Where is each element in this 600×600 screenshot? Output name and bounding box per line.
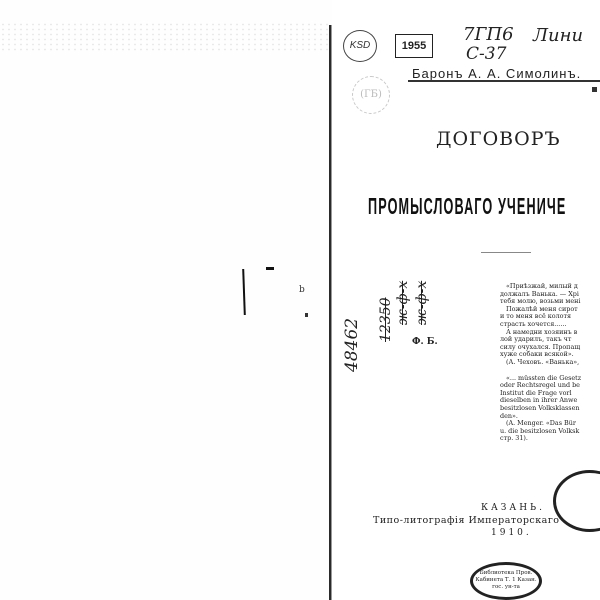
left-page: b [0, 0, 332, 600]
ink-mark [592, 87, 597, 92]
shelf-code-line1: 7ГП6 [463, 26, 514, 44]
library-stamp-top: KSD [343, 30, 377, 62]
handwritten-crossed-code-1: 12350 [378, 297, 394, 342]
scan-noise [0, 22, 330, 52]
author-underline [408, 80, 600, 82]
inventory-box: 1955 [395, 34, 433, 58]
dedication-initials: Ф. Б. [412, 337, 438, 347]
epigraph: «Приѣзжай, милый д должалъ Ванька. — Хрі… [500, 283, 600, 443]
right-oval-stamp [553, 470, 600, 532]
publisher-city: КАЗАНЬ. [481, 503, 545, 513]
publication-year: 1910. [491, 528, 532, 538]
bottom-oval-stamp: Библиотека Пров. Кабинета Т. 1 Казан. го… [470, 562, 542, 600]
margin-mark-line [242, 269, 246, 315]
title-divider [481, 252, 531, 253]
book-spine-shadow [331, 25, 332, 600]
handwritten-crossed-code-3: ж-ф-х [414, 281, 430, 325]
epigraph-russian: «Приѣзжай, милый д должалъ Ванька. — Хрі… [500, 283, 600, 367]
faded-stamp: (ГБ) [352, 76, 390, 114]
shelf-code-line2: С-37 [466, 44, 506, 64]
handwritten-crossed-code-2: ж-ф-х [395, 281, 411, 325]
epigraph-german: «... müssten die Gesetz oder Rechtsregel… [500, 375, 600, 443]
handwritten-library-word: Лини [533, 25, 583, 46]
margin-mark-glyph: b [299, 285, 305, 295]
epigraph-citation: стр. 31). [500, 435, 600, 443]
epigraph-citation: (А. Чеховъ. «Ванька», [500, 359, 600, 367]
margin-mark-dot [305, 313, 308, 317]
margin-mark-dash [266, 267, 274, 270]
title-line1: ДОГОВОРЪ [436, 128, 561, 150]
handwritten-inventory-number: 48462 [342, 318, 362, 372]
author-name: Баронъ А. А. Симолинъ. [412, 66, 581, 81]
title-line2: ПРОМЫСЛОВАГО УЧЕНИЧЕ [368, 193, 566, 220]
publisher-name: Типо-литографія Императорскаго [373, 515, 560, 526]
